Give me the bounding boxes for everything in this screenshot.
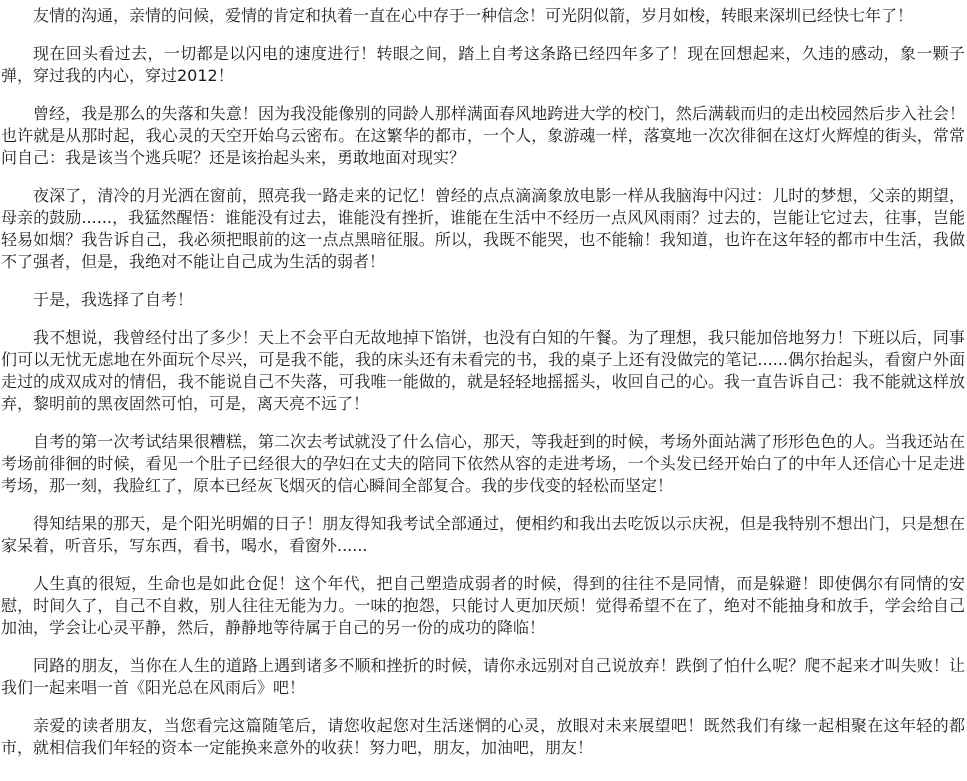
- essay-document: 友情的沟通，亲情的问候，爱情的肯定和执着一直在心中存于一种信念！可光阴似箭，岁月…: [0, 0, 967, 759]
- essay-paragraph-5: 于是，我选择了自考！: [1, 289, 965, 311]
- essay-paragraph-4: 夜深了，清冷的月光洒在窗前，照亮我一路走来的记忆！曾经的点点滴滴象放电影一样从我…: [1, 185, 965, 273]
- essay-paragraph-2: 现在回头看过去，一切都是以闪电的速度进行！转眼之间，踏上自考这条路已经四年多了！…: [1, 43, 965, 87]
- essay-paragraph-3: 曾经，我是那么的失落和失意！因为我没能像别的同龄人那样满面春风地跨进大学的校门，…: [1, 103, 965, 169]
- essay-paragraph-6: 我不想说，我曾经付出了多少！天上不会平白无故地掉下馅饼，也没有白知的午餐。为了理…: [1, 327, 965, 415]
- essay-paragraph-9: 人生真的很短，生命也是如此仓促！这个年代，把自己塑造成弱者的时候，得到的往往不是…: [1, 573, 965, 639]
- essay-paragraph-11: 亲爱的读者朋友，当您看完这篇随笔后，请您收起您对生活迷惘的心灵，放眼对未来展望吧…: [1, 715, 965, 759]
- essay-paragraph-7: 自考的第一次考试结果很糟糕，第二次去考试就没了什么信心，那天，等我赶到的时候，考…: [1, 431, 965, 497]
- essay-paragraph-1: 友情的沟通，亲情的问候，爱情的肯定和执着一直在心中存于一种信念！可光阴似箭，岁月…: [1, 5, 965, 27]
- essay-paragraph-10: 同路的朋友，当你在人生的道路上遇到诸多不顺和挫折的时候，请你永远别对自己说放弃！…: [1, 655, 965, 699]
- essay-paragraph-8: 得知结果的那天，是个阳光明媚的日子！朋友得知我考试全部通过，便相约和我出去吃饭以…: [1, 513, 965, 557]
